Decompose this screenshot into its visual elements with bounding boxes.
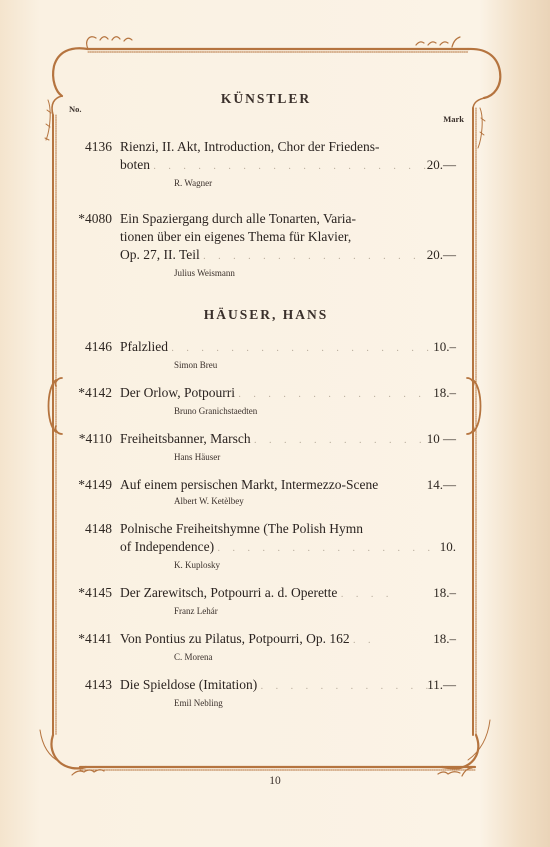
price: 10 — xyxy=(427,430,456,448)
catalog-entry: *4080 Ein Spaziergang durch alle Tonarte… xyxy=(66,210,466,280)
entry-title: Freiheitsbanner, Marsch . . . . . . . . … xyxy=(120,430,432,450)
dot-leader: . . . . . . . . . . . . . . xyxy=(261,681,432,692)
catalog-entry: *4141 Von Pontius zu Pilatus, Potpourri,… xyxy=(66,630,466,664)
price: 14.— xyxy=(427,476,456,494)
catalog-content: KÜNSTLER No. Mark 4136 Rienzi, II. Akt, … xyxy=(66,90,466,710)
catalog-entry: 4148 Polnische Freiheitshymne (The Polis… xyxy=(66,520,466,572)
composer: R. Wagner xyxy=(174,176,466,190)
catalog-entry: 4136 Rienzi, II. Akt, Introduction, Chor… xyxy=(66,138,466,190)
price: 20.— xyxy=(427,156,456,174)
entry-title: Von Pontius zu Pilatus, Potpourri, Op. 1… xyxy=(120,630,432,650)
composer: K. Kuplosky xyxy=(174,558,466,572)
dot-leader: . . xyxy=(353,635,376,646)
title-line: Der Orlow, Potpourri . . . . . . . . . .… xyxy=(120,384,432,404)
price: 10. xyxy=(440,538,456,556)
entry-title: Der Orlow, Potpourri . . . . . . . . . .… xyxy=(120,384,432,404)
title-line: Polnische Freiheitshymne (The Polish Hym… xyxy=(120,520,432,538)
title-line: Die Spieldose (Imitation) . . . . . . . … xyxy=(120,676,432,696)
title-line: Auf einem persischen Markt, Intermezzo-S… xyxy=(120,476,432,494)
entry-title: Ein Spaziergang durch alle Tonarten, Var… xyxy=(120,210,432,266)
catalog-number: *4149 xyxy=(72,476,112,494)
column-headers: No. Mark xyxy=(66,108,466,126)
catalog-number: 4146 xyxy=(72,338,112,356)
column-header-no: No. xyxy=(69,104,82,114)
catalog-number: *4142 xyxy=(72,384,112,402)
composer: Emil Nebling xyxy=(174,696,466,710)
catalog-entry: 4143 Die Spieldose (Imitation) . . . . .… xyxy=(66,676,466,710)
catalog-number: *4145 xyxy=(72,584,112,602)
composer: Simon Breu xyxy=(174,358,466,372)
dot-leader: . . . . . . . . . . . . . . . . . . . . … xyxy=(153,161,432,172)
price: 18.– xyxy=(433,384,456,402)
title-line: Op. 27, II. Teil . . . . . . . . . . . .… xyxy=(120,246,432,266)
price: 20.— xyxy=(427,246,456,264)
price: 10.– xyxy=(433,338,456,356)
price: 18.– xyxy=(433,584,456,602)
catalog-number: *4080 xyxy=(72,210,112,228)
dot-leader: . . . . . . . . . . . . . . . . xyxy=(217,543,432,554)
title-line: Ein Spaziergang durch alle Tonarten, Var… xyxy=(120,210,432,228)
title-line: tionen über ein eigenes Thema für Klavie… xyxy=(120,228,432,246)
entry-title: Pfalzlied . . . . . . . . . . . . . . . … xyxy=(120,338,432,358)
price: 11.— xyxy=(427,676,456,694)
title-line: boten . . . . . . . . . . . . . . . . . … xyxy=(120,156,432,176)
catalog-entry: 4146 Pfalzlied . . . . . . . . . . . . .… xyxy=(66,338,466,372)
composer: Bruno Granichstaedten xyxy=(174,404,466,418)
entry-title: Auf einem persischen Markt, Intermezzo-S… xyxy=(120,476,432,494)
composer: Hans Häuser xyxy=(174,450,466,464)
dot-leader: . . . . . . . . . . . . . . . . . . xyxy=(254,435,432,446)
catalog-entry: *4142 Der Orlow, Potpourri . . . . . . .… xyxy=(66,384,466,418)
section-haeuser-hans: HÄUSER, HANS 4146 Pfalzlied . . . . . . … xyxy=(66,306,466,710)
section-title: HÄUSER, HANS xyxy=(66,306,466,324)
entry-title: Der Zarewitsch, Potpourri a. d. Operette… xyxy=(120,584,432,604)
entry-title: Polnische Freiheitshymne (The Polish Hym… xyxy=(120,520,432,558)
price: 18.– xyxy=(433,630,456,648)
catalog-number: 4136 xyxy=(72,138,112,156)
catalog-number: 4148 xyxy=(72,520,112,538)
title-line: Freiheitsbanner, Marsch . . . . . . . . … xyxy=(120,430,432,450)
section-kuenstler: KÜNSTLER No. Mark 4136 Rienzi, II. Akt, … xyxy=(66,90,466,280)
title-line: of Independence) . . . . . . . . . . . .… xyxy=(120,538,432,558)
composer: Albert W. Ketèlbey xyxy=(174,494,466,508)
entry-title: Die Spieldose (Imitation) . . . . . . . … xyxy=(120,676,432,696)
title-line: Rienzi, II. Akt, Introduction, Chor der … xyxy=(120,138,432,156)
composer: C. Morena xyxy=(174,650,466,664)
page-number: 10 xyxy=(0,775,550,787)
dot-leader: . . . . . . . . . . . . . . . . . . . . xyxy=(203,251,432,262)
catalog-entry: *4110 Freiheitsbanner, Marsch . . . . . … xyxy=(66,430,466,464)
composer: Julius Weismann xyxy=(174,266,466,280)
title-line: Von Pontius zu Pilatus, Potpourri, Op. 1… xyxy=(120,630,432,650)
dot-leader: . . . . . . . . . . . . . . . . . . . . xyxy=(238,389,432,400)
title-line: Pfalzlied . . . . . . . . . . . . . . . … xyxy=(120,338,432,358)
composer: Franz Lehár xyxy=(174,604,466,618)
entry-title: Rienzi, II. Akt, Introduction, Chor der … xyxy=(120,138,432,176)
column-header-mark: Mark xyxy=(443,114,464,124)
catalog-number: 4143 xyxy=(72,676,112,694)
catalog-number: *4141 xyxy=(72,630,112,648)
dot-leader: . . . . . . . . . . . . . . . . . . . . … xyxy=(171,343,432,354)
dot-leader: . . . . xyxy=(341,589,394,600)
catalog-number: *4110 xyxy=(72,430,112,448)
catalog-entry: *4149 Auf einem persischen Markt, Interm… xyxy=(66,476,466,508)
section-title: KÜNSTLER xyxy=(66,90,466,108)
title-line: Der Zarewitsch, Potpourri a. d. Operette… xyxy=(120,584,432,604)
catalog-entry: *4145 Der Zarewitsch, Potpourri a. d. Op… xyxy=(66,584,466,618)
